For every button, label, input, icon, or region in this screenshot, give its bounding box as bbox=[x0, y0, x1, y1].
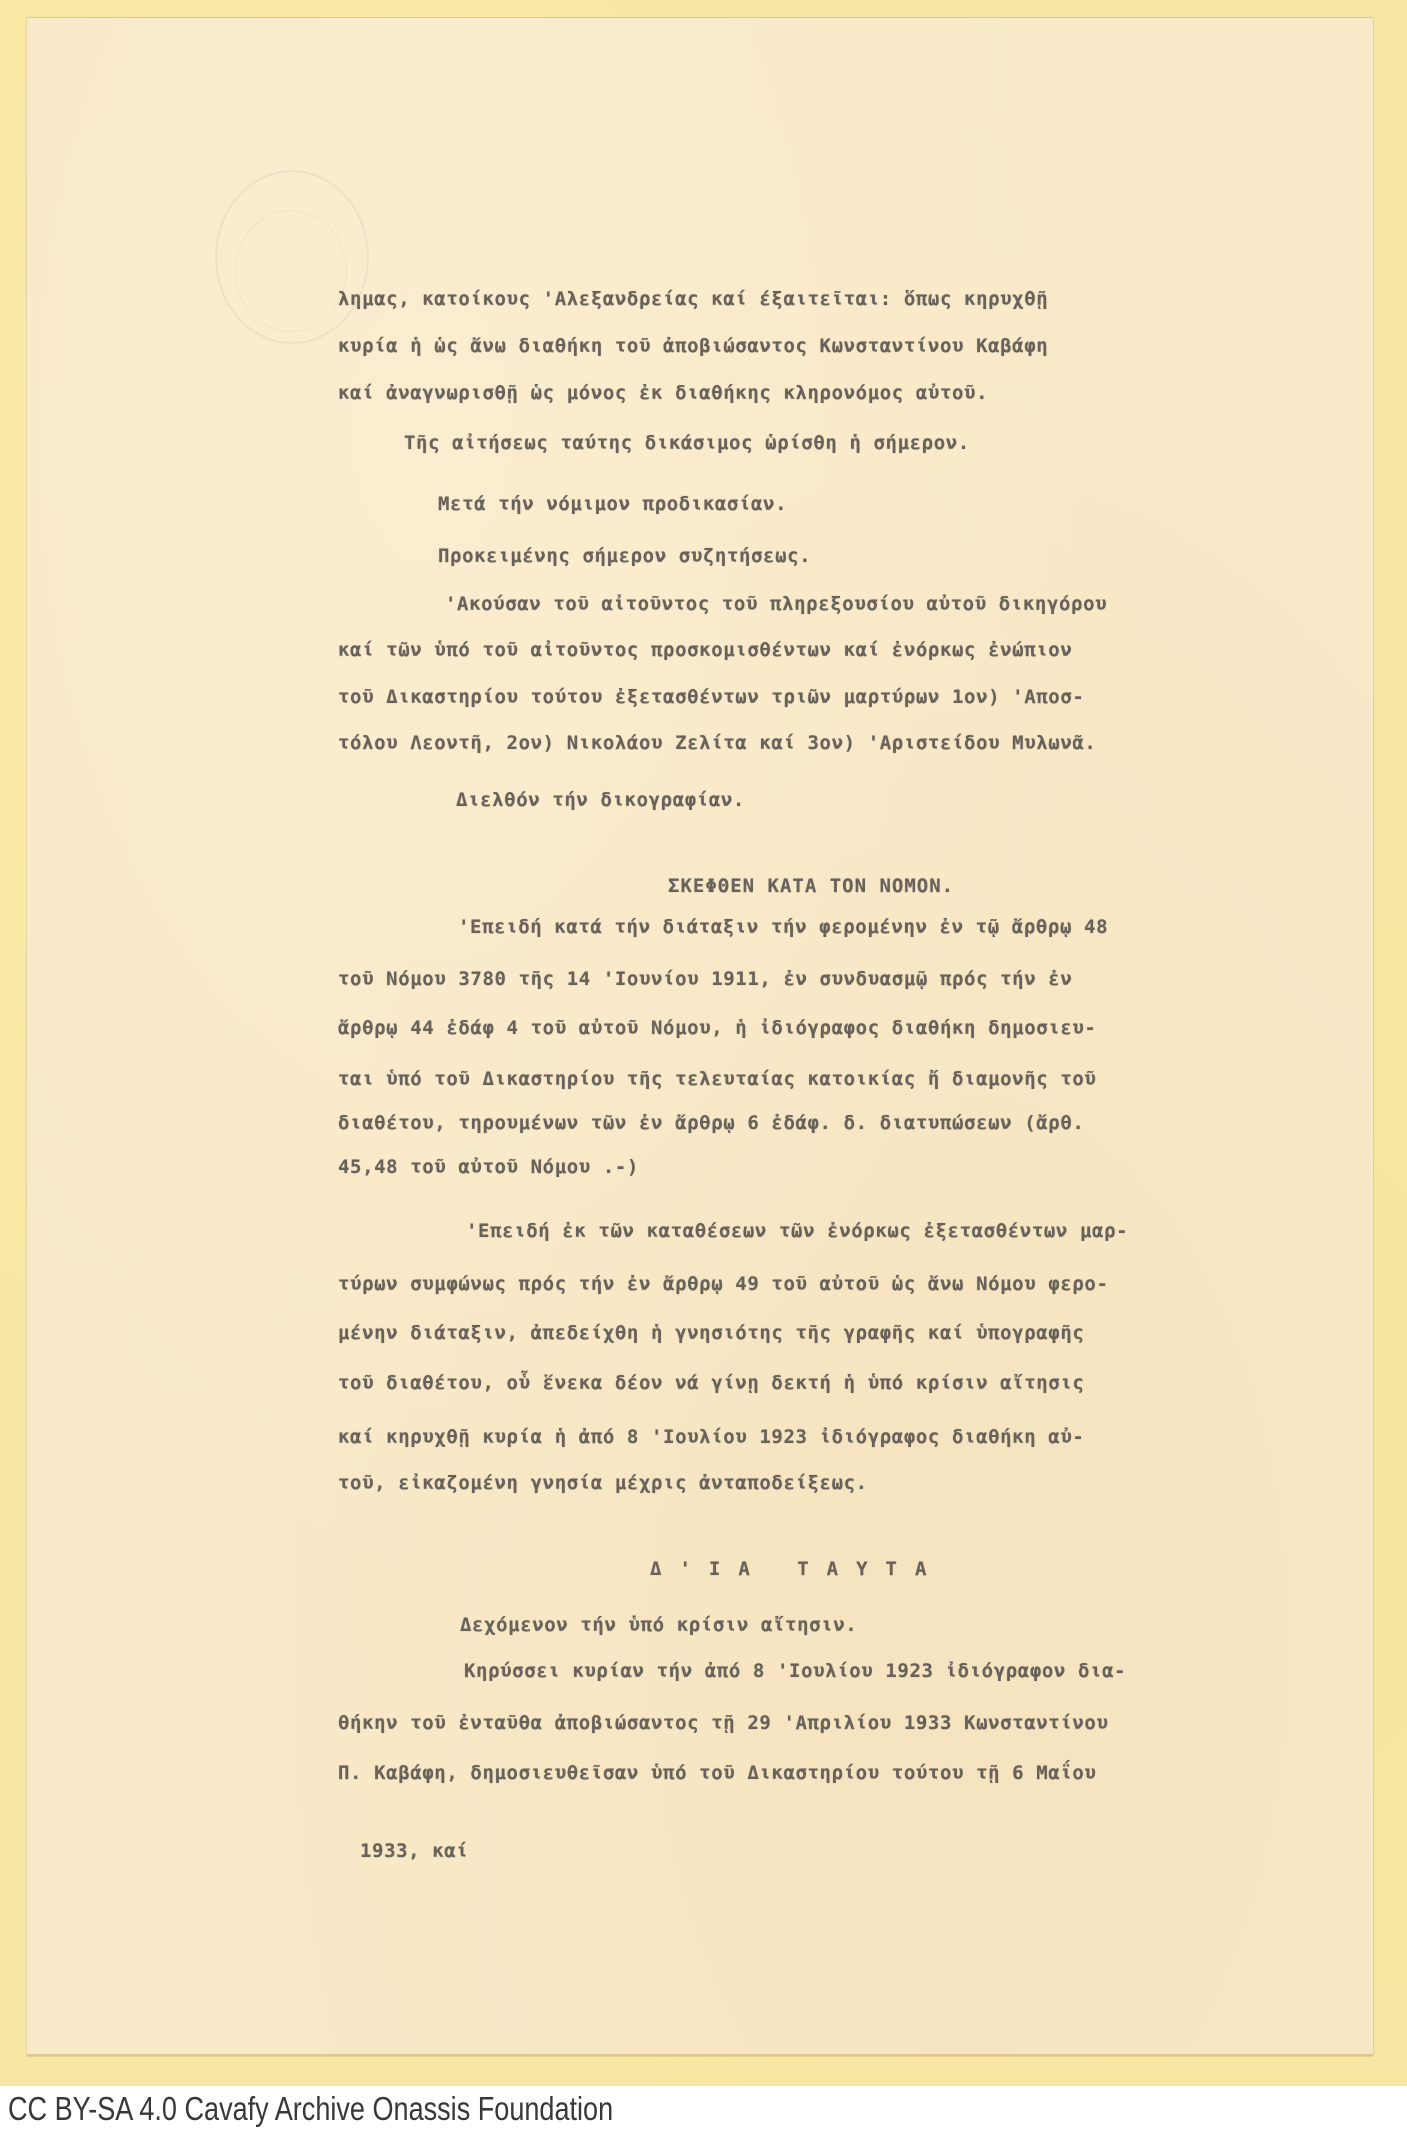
typed-line: καί τῶν ὑπό τοῦ αἰτοῦντος προσκομισθέντω… bbox=[338, 639, 1072, 661]
typed-line: καί κηρυχθῇ κυρία ἡ ἀπό 8 'Ιουλίου 1923 … bbox=[338, 1426, 1084, 1448]
license-caption: CC BY-SA 4.0 Cavafy Archive Onassis Foun… bbox=[8, 2090, 613, 2128]
typed-line: μένην διάταξιν, ἀπεδείχθη ἡ γνησιότης τῆ… bbox=[338, 1322, 1084, 1344]
typed-line: τοῦ διαθέτου, οὗ ἕνεκα δέον νά γίνῃ δεκτ… bbox=[338, 1372, 1084, 1394]
typed-line: Διελθόν τήν δικογραφίαν. bbox=[456, 789, 745, 811]
typed-line: Μετά τήν νόμιμον προδικασίαν. bbox=[438, 493, 787, 515]
typed-line: τοῦ Νόμου 3780 τῆς 14 'Ιουνίου 1911, ἐν … bbox=[338, 968, 1072, 990]
typed-line: 'Επειδή ἐκ τῶν καταθέσεων τῶν ἐνόρκως ἐξ… bbox=[466, 1220, 1128, 1242]
typed-line: διαθέτου, τηρουμένων τῶν ἐν ἄρθρῳ 6 ἐδάφ… bbox=[338, 1112, 1084, 1134]
stamp-seal-inner bbox=[235, 210, 347, 332]
typed-line: τοῦ Δικαστηρίου τούτου ἐξετασθέντων τριῶ… bbox=[338, 686, 1084, 708]
typed-line: 1933, καί bbox=[360, 1840, 468, 1862]
typed-line: Προκειμένης σήμερον συζητήσεως. bbox=[438, 545, 811, 567]
section-heading: ΣΚΕΦΘΕΝ ΚΑΤΑ ΤΟΝ ΝΟΜΟΝ. bbox=[668, 875, 954, 897]
typed-line: τύρων συμφώνως πρός τήν ἐν ἄρθρῳ 49 τοῦ … bbox=[338, 1273, 1109, 1295]
typed-line: Δεχόμενον τήν ὑπό κρίσιν αἴτησιν. bbox=[460, 1614, 857, 1636]
typed-line: Τῆς αἰτήσεως ταύτης δικάσιμος ὡρίσθη ἡ σ… bbox=[404, 432, 970, 454]
typed-line: λημας, κατοίκους 'Αλεξανδρείας καί έξαιτ… bbox=[338, 288, 1048, 310]
typed-line: θήκην τοῦ ἐνταῦθα ἀποβιώσαντος τῇ 29 'Απ… bbox=[338, 1712, 1109, 1734]
typed-line: κυρία ἡ ὡς ἄνω διαθήκη τοῦ ἀποβιώσαντος … bbox=[338, 335, 1048, 357]
typed-line: 'Ακούσαν τοῦ αἰτοῦντος τοῦ πληρεξουσίου … bbox=[445, 593, 1107, 615]
typed-line: ἄρθρῳ 44 ἐδάφ 4 τοῦ αὐτοῦ Νόμου, ἡ ἰδιόγ… bbox=[338, 1017, 1096, 1039]
scan-background: λημας, κατοίκους 'Αλεξανδρείας καί έξαιτ… bbox=[0, 0, 1407, 2086]
typed-line: 'Επειδή κατά τήν διάταξιν τήν φερομένην … bbox=[458, 916, 1108, 938]
typed-line: τόλου Λεοντῆ, 2ον) Νικολάου Ζελίτα καί 3… bbox=[338, 732, 1096, 754]
typed-line: Π. Καβάφη, δημοσιευθεῖσαν ὑπό τοῦ Δικαστ… bbox=[338, 1762, 1096, 1784]
typed-line: καί ἀναγνωρισθῇ ὡς μόνος ἐκ διαθήκης κλη… bbox=[338, 382, 988, 404]
typed-line: 45,48 τοῦ αὐτοῦ Νόμου .-) bbox=[338, 1156, 639, 1178]
section-heading: Δ'ΙΑ ΤΑΥΤΑ bbox=[650, 1558, 944, 1580]
typed-line: ται ὑπό τοῦ Δικαστηρίου τῆς τελευταίας κ… bbox=[338, 1068, 1096, 1090]
typed-line: τοῦ, εἰκαζομένη γνησία μέχρις ἀνταποδείξ… bbox=[338, 1472, 868, 1494]
typed-line: Κηρύσσει κυρίαν τήν ἀπό 8 'Ιουλίου 1923 … bbox=[464, 1660, 1126, 1682]
